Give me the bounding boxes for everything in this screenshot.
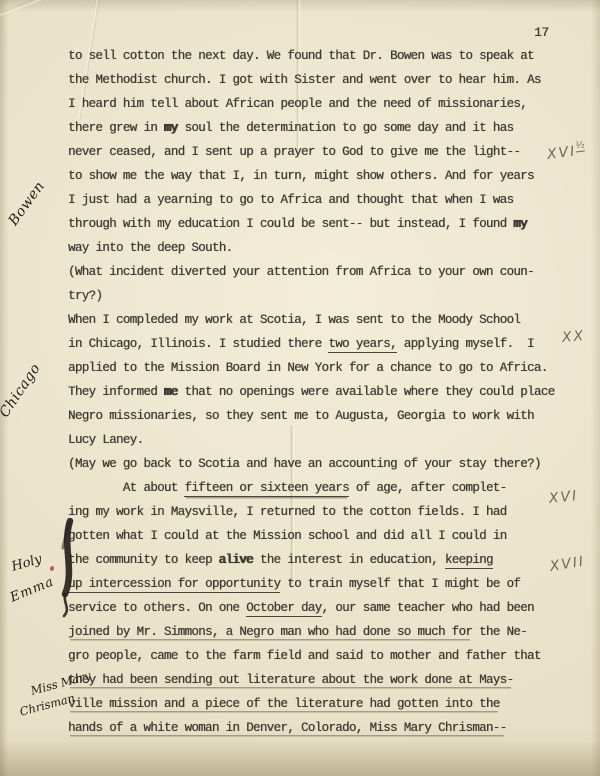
typed-line: I heard him tell about African people an… bbox=[68, 92, 578, 116]
margin-annotation-xx: XX bbox=[561, 328, 585, 346]
typed-text: Lucy Laney. bbox=[68, 433, 143, 447]
scanned-page: 17 to sell cotton the next day. We found… bbox=[0, 0, 600, 776]
typed-text: gro people, came to the farm field and s… bbox=[68, 649, 541, 663]
typed-text: that no openings were available where th… bbox=[178, 385, 555, 399]
typed-text: way into the deep South. bbox=[68, 241, 232, 255]
typed-line: there grew in my soul the determination … bbox=[68, 116, 578, 140]
underlined-text: two years, bbox=[328, 337, 397, 353]
typed-line: When I compleded my work at Scotia, I wa… bbox=[68, 308, 578, 332]
typed-text: of age, after complet- bbox=[349, 481, 507, 495]
underlined-text: keeping bbox=[445, 553, 493, 569]
typed-text: to show me the way that I, in turn, migh… bbox=[68, 169, 534, 183]
typed-line: up intercession for opportunity to train… bbox=[68, 572, 578, 596]
typed-line: ville mission and a piece of the literat… bbox=[68, 692, 578, 716]
typed-text: Negro missionaries, so they sent me to A… bbox=[68, 409, 534, 423]
typed-line: try?) bbox=[68, 284, 578, 308]
typed-line: joined by Mr. Simmons, a Negro man who h… bbox=[68, 620, 578, 644]
typed-text: When I compleded my work at Scotia, I wa… bbox=[68, 313, 520, 327]
margin-note-chicago: Chicago bbox=[0, 361, 44, 421]
typed-text-block: to sell cotton the next day. We found th… bbox=[68, 44, 578, 740]
typed-text: never ceased, and I sent up a prayer to … bbox=[68, 145, 520, 159]
typed-text: I just had a yearning to go to Africa an… bbox=[68, 193, 513, 207]
typed-text: applied to the Mission Board in New York… bbox=[68, 361, 548, 375]
typed-line: in Chicago, Illinois. I studied there tw… bbox=[68, 332, 578, 356]
margin-annotation-xvi-half: XVI½ bbox=[546, 140, 586, 163]
margin-annotation-xvi: XVI bbox=[548, 488, 579, 507]
typed-text: me bbox=[164, 385, 178, 399]
typed-line: the Methodist church. I got with Sister … bbox=[68, 68, 578, 92]
typed-line: way into the deep South. bbox=[68, 236, 578, 260]
margin-note-emma: Emma bbox=[8, 574, 56, 605]
typed-text: in Chicago, Illinois. I studied there bbox=[68, 337, 328, 351]
typed-line: Lucy Laney. bbox=[68, 428, 578, 452]
typed-line: service to others. On one October day, o… bbox=[68, 596, 578, 620]
typed-text: alive bbox=[219, 553, 253, 567]
typed-text: through with my education I could be sen… bbox=[68, 217, 513, 231]
typed-line: (May we go back to Scotia and have an ac… bbox=[68, 452, 578, 476]
typed-line: (What incident diverted your attention f… bbox=[68, 260, 578, 284]
typed-line: gotten what I could at the Mission schoo… bbox=[68, 524, 578, 548]
typed-text: the community to keep bbox=[68, 553, 219, 567]
underlined-text: hands of a white woman in Denver, Colora… bbox=[68, 721, 506, 735]
typed-text: I heard him tell about African people an… bbox=[68, 97, 527, 111]
underlined-text: up intercession for opportunity bbox=[68, 577, 280, 593]
typed-line: the community to keep alive the interest… bbox=[68, 548, 578, 572]
typed-line: ing my work in Maysville, I returned to … bbox=[68, 500, 578, 524]
typed-line: never ceased, and I sent up a prayer to … bbox=[68, 140, 578, 164]
ink-brace-mark bbox=[52, 518, 82, 620]
typed-text: the Methodist church. I got with Sister … bbox=[68, 73, 541, 87]
underlined-text: joined by Mr. Simmons, a Negro man who h… bbox=[68, 625, 472, 639]
underlined-text: they had been sending out literature abo… bbox=[68, 673, 513, 687]
typed-text: They informed bbox=[68, 385, 164, 399]
typed-text: (May we go back to Scotia and have an ac… bbox=[68, 457, 541, 471]
typed-text: to sell cotton the next day. We found th… bbox=[68, 49, 534, 63]
fraction-half: ½ bbox=[575, 140, 585, 152]
typed-text: the interest in education, bbox=[253, 553, 445, 567]
margin-note-bowen: Bowen bbox=[6, 178, 49, 228]
paper-crease-top-left bbox=[0, 0, 133, 20]
typed-text: the Ne- bbox=[472, 625, 527, 639]
page-number: 17 bbox=[534, 25, 549, 40]
typed-line: They informed me that no openings were a… bbox=[68, 380, 578, 404]
underlined-text: ville mission and a piece of the literat… bbox=[68, 697, 500, 711]
typed-text: my bbox=[513, 217, 527, 231]
typed-text: (What incident diverted your attention f… bbox=[68, 265, 534, 279]
typed-line: hands of a white woman in Denver, Colora… bbox=[68, 716, 578, 740]
typed-line: applied to the Mission Board in New York… bbox=[68, 356, 578, 380]
typed-line: through with my education I could be sen… bbox=[68, 212, 578, 236]
typed-text: , our same teacher who had been bbox=[322, 601, 534, 615]
typed-line: to sell cotton the next day. We found th… bbox=[68, 44, 578, 68]
typed-text: try?) bbox=[68, 289, 102, 303]
typed-text: there grew in bbox=[68, 121, 164, 135]
typed-line: At about fifteen or sixteen years of age… bbox=[68, 476, 578, 500]
typed-text: to train myself that I might be of bbox=[280, 577, 520, 591]
typed-line: to show me the way that I, in turn, migh… bbox=[68, 164, 578, 188]
typed-line: gro people, came to the farm field and s… bbox=[68, 644, 578, 668]
underlined-text: fifteen or sixteen years bbox=[184, 481, 348, 497]
margin-note-holy: Holy bbox=[10, 552, 44, 575]
typed-text: service to others. On one bbox=[68, 601, 246, 615]
typed-text: ing my work in Maysville, I returned to … bbox=[68, 505, 506, 519]
typed-text: soul the determination to go some day an… bbox=[178, 121, 514, 135]
underlined-text: October day bbox=[246, 601, 321, 617]
typed-line: they had been sending out literature abo… bbox=[68, 668, 578, 692]
typed-text: my bbox=[164, 121, 178, 135]
typed-line: I just had a yearning to go to Africa an… bbox=[68, 188, 578, 212]
typed-line: Negro missionaries, so they sent me to A… bbox=[68, 404, 578, 428]
typed-text: gotten what I could at the Mission schoo… bbox=[68, 529, 506, 543]
typed-text: applying myself. I bbox=[397, 337, 534, 351]
typed-text: At about bbox=[68, 481, 184, 495]
